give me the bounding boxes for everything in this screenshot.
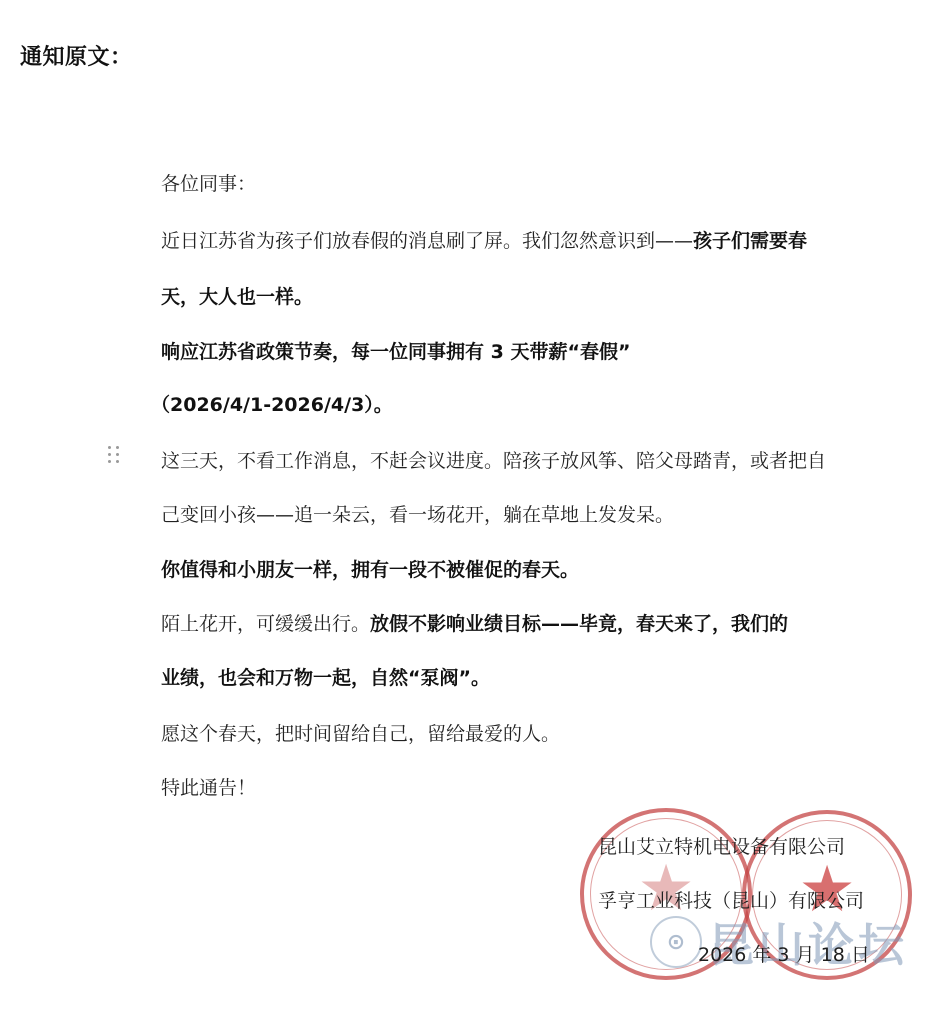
signature-company-1: 昆山艾立特机电设备有限公司 (598, 832, 845, 859)
paragraph-5-normal: 陌上花开，可缓缓出行。 (161, 613, 370, 635)
paragraph-3-line-2: 己变回小孩——追一朵云，看一场花开，躺在草地上发发呆。 (161, 503, 674, 527)
paragraph-3-line-1: 这三天，不看工作消息，不赶会议进度。陪孩子放风筝、陪父母踏青，或者把自 (161, 449, 826, 473)
forum-logo-icon: ⊙ (650, 916, 702, 968)
paragraph-4: 你值得和小朋友一样，拥有一段不被催促的春天。 (161, 558, 579, 582)
signature-company-2: 孚亨工业科技（昆山）有限公司 (598, 886, 864, 913)
salutation: 各位同事： (161, 172, 256, 196)
paragraph-1-normal: 近日江苏省为孩子们放春假的消息刷了屏。我们忽然意识到—— (161, 230, 693, 252)
paragraph-1-line-2: 天，大人也一样。 (161, 285, 313, 309)
signature-date: 2026 年 3 月 18 日 (698, 940, 870, 967)
paragraph-1-line-1: 近日江苏省为孩子们放春假的消息刷了屏。我们忽然意识到——孩子们需要春 (161, 229, 807, 253)
drag-handle-icon[interactable] (108, 446, 120, 464)
closing-line: 特此通告！ (161, 776, 256, 800)
paragraph-2-line-2: （2026/4/1-2026/4/3）。 (151, 393, 393, 417)
paragraph-5-bold: 放假不影响业绩目标——毕竟，春天来了，我们的 (370, 613, 788, 635)
paragraph-2-line-1: 响应江苏省政策节奏，每一位同事拥有 3 天带薪“春假” (161, 340, 630, 364)
paragraph-5-line-2: 业绩，也会和万物一起，自然“泵阀”。 (161, 666, 490, 690)
paragraph-6: 愿这个春天，把时间留给自己，留给最爱的人。 (161, 722, 560, 746)
paragraph-1-bold: 孩子们需要春 (693, 230, 807, 252)
page-heading: 通知原文： (20, 40, 133, 71)
paragraph-5-line-1: 陌上花开，可缓缓出行。放假不影响业绩目标——毕竟，春天来了，我们的 (161, 612, 788, 636)
